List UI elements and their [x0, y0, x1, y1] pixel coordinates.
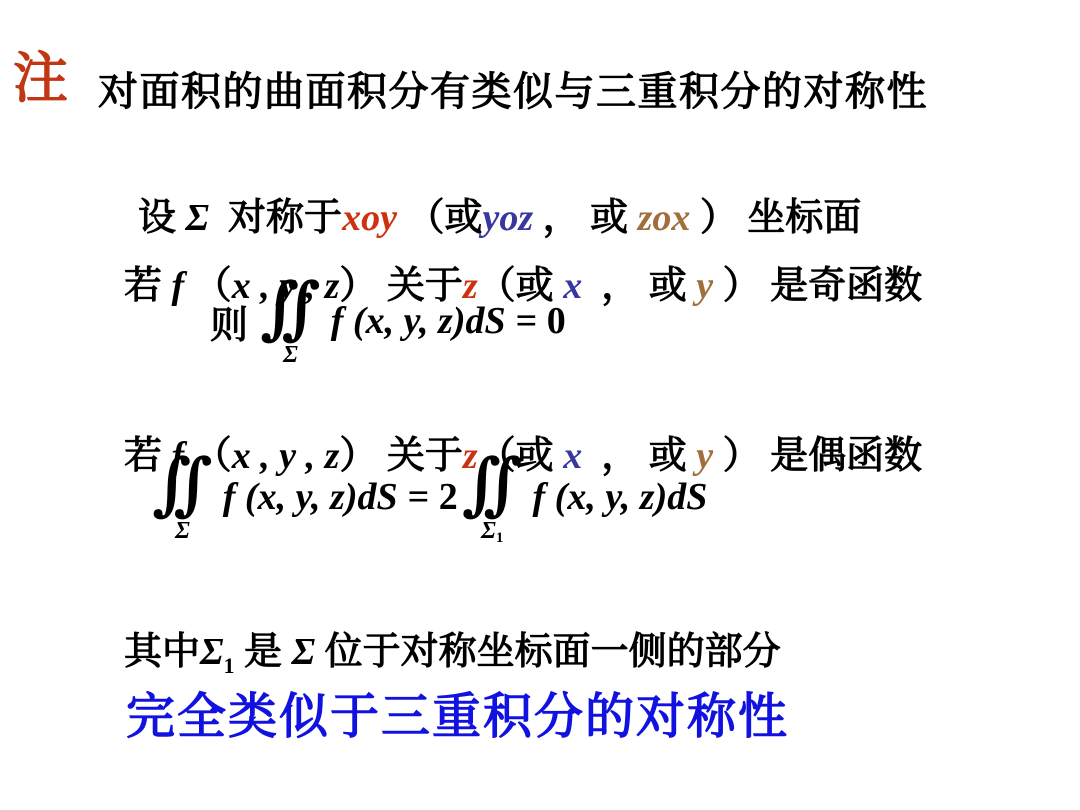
- integral-domain-sigma: Σ: [175, 519, 190, 543]
- integral-domain-sigma: Σ: [283, 343, 298, 367]
- even-formula: ∫∫ Σ f (x, y, z)dS = 2 ∫∫ Σ1 f (x, y, z)…: [150, 452, 707, 543]
- even-formula-equals-two: = 2: [408, 475, 458, 519]
- sigma1-symbol: Σ: [481, 518, 496, 544]
- odd-text-oddfn: ） 是奇函数: [713, 265, 922, 307]
- odd-var-y-brown: y: [696, 265, 713, 307]
- odd-text-or2: ， 或: [582, 265, 696, 307]
- double-integral: ∫∫ Σ: [260, 276, 321, 367]
- odd-var-x-blue: x: [563, 265, 582, 307]
- part-text-side: 位于对称坐标面一侧的部分: [315, 631, 781, 673]
- odd-formula-equals-zero: = 0: [516, 299, 566, 343]
- sigma1-index: 1: [224, 653, 235, 678]
- sigma-symbol: Σ: [292, 631, 316, 673]
- odd-formula-then: 则: [210, 294, 248, 349]
- sigma1-index: 1: [496, 530, 504, 546]
- double-integral-icon: ∫∫: [260, 276, 321, 341]
- note-label: 注: [13, 48, 68, 109]
- integral-domain-sigma1: Σ1: [481, 519, 503, 543]
- sigma1-symbol: Σ: [200, 631, 224, 673]
- even-formula-integrand-right: f (x, y, z)dS: [533, 475, 708, 519]
- even-text-evenfn: ） 是偶函数: [713, 435, 922, 477]
- odd-text-if: 若: [124, 265, 172, 307]
- double-integral-icon: ∫∫: [152, 452, 213, 517]
- part-text-where: 其中: [124, 631, 200, 673]
- double-integral-left: ∫∫ Σ: [152, 452, 213, 543]
- slide: 注 对面积的曲面积分有类似与三重积分的对称性 设 Σ 对称于xoy （或yoz …: [0, 0, 1080, 810]
- odd-formula: 则 ∫∫ Σ f (x, y, z)dS = 0: [210, 276, 566, 367]
- even-formula-integrand-left: f (x, y, z)dS: [223, 475, 398, 519]
- part-text-is: 是: [235, 631, 292, 673]
- bottom-note: 完全类似于三重积分的对称性: [126, 678, 789, 748]
- page-title: 对面积的曲面积分有类似与三重积分的对称性: [98, 60, 928, 117]
- double-integral-icon: ∫∫: [462, 452, 523, 517]
- double-integral-right: ∫∫ Σ1: [462, 452, 523, 543]
- odd-formula-integrand: f (x, y, z)dS: [331, 299, 506, 343]
- function-f: f: [172, 265, 185, 307]
